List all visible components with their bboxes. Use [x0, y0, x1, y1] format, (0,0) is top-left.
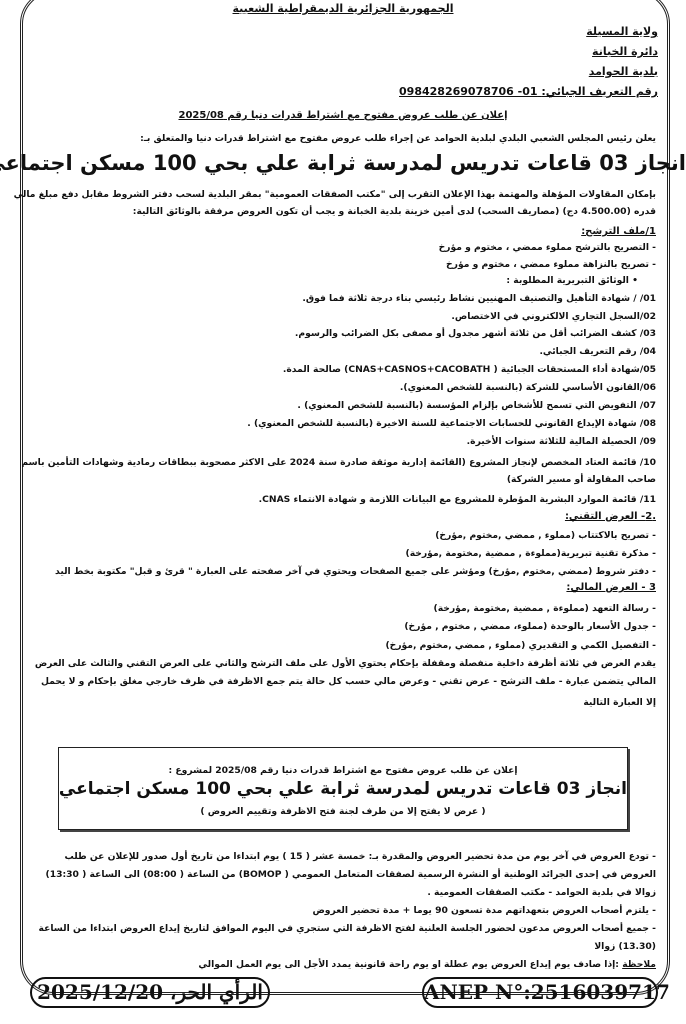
deposit-line-1: - تودع العروض في آخر يوم من مدة تحضير ال… [65, 851, 656, 862]
commune-label: بلدية الحوامد [589, 65, 658, 78]
note-label: ملاحظة [622, 959, 656, 970]
list-item: - تصريح بالاكتتاب (مملوء , ممضي ,مختوم ,… [435, 530, 656, 541]
envelope-instructions-line-2: المالي يتضمن عبارة - ملف الترشح - عرض تق… [41, 676, 656, 687]
envelope-instructions-line-1: يقدم العرض في ثلاثة أظرفة داخلية منفصلة … [35, 658, 656, 669]
envelope-box-note: ( عرض لا يفتح إلا من طرف لجنة فتح الاظرف… [59, 806, 627, 817]
deposit-line-3: زوالا في بلدية الحوامد - مكتب الصفقات ال… [427, 887, 656, 898]
notice-title: إعلان عن طلب عروض مفتوح مع اشتراط قدرات … [0, 110, 686, 121]
fiscal-id-value: 098428269078706 -01 [399, 85, 538, 98]
fiscal-id-label: رقم التعريف الجبائي: [541, 85, 658, 98]
envelope-instructions-line-3: إلا العبارة التالية [583, 697, 656, 708]
list-item: - مذكرة تقنية تبريرية(مملوءة , ممضية ,مخ… [406, 548, 657, 559]
intro-text: يعلن رئيس المجلس الشعبي البلدي لبلدية ال… [140, 133, 656, 144]
anep-number-badge: ANEP N°:2516039717 [422, 977, 658, 1008]
list-item: 03/ كشف الضرائب أقل من ثلاثة أشهر مجدول … [295, 328, 656, 339]
list-item: 05/شهادة أداء المستحقات الجبائية ( CNAS+… [283, 364, 656, 375]
list-item: 04/ رقم التعريف الجبائي. [539, 346, 656, 357]
fiscal-id: رقم التعريف الجبائي: 098428269078706 -01 [399, 85, 658, 98]
list-item: 06/القانون الأساسي للشركة (بالنسبة للشخص… [400, 382, 656, 393]
section2-title: .2- العرض التقني: [565, 511, 656, 522]
list-item: 01/ / شهادة التأهيل والتصنيف المهنيين نش… [302, 293, 656, 304]
envelope-label-box: إعلان عن طلب عروض مفتوح مع اشتراط قدرات … [58, 747, 628, 830]
list-item: - رسالة التعهد (مملوءة , ممضية ,مختومة ,… [434, 603, 657, 614]
note: ملاحظة :إذا صادف يوم إيداع العروض يوم عط… [198, 959, 656, 970]
list-item-11: 11/ قائمة الموارد البشرية المؤطرة للمشرو… [259, 494, 656, 505]
invitation-line-1: بإمكان المقاولات المؤهلة والمهتمة بهذا ا… [14, 189, 656, 200]
deposit-line-2: العروض في إحدى الجرائد الوطنية أو النشرة… [45, 869, 656, 880]
section3-title: 3 - العرض المالي: [566, 582, 656, 593]
section1-title: 1/ملف الترشح: [581, 226, 656, 237]
envelope-box-title: انجاز 03 قاعات تدريس لمدرسة ثرابة علي بح… [59, 779, 627, 799]
list-item: • الوثائق التبريرية المطلوبة : [506, 275, 638, 286]
invitation-line-2: قدره (4.500.00 دج) (مصاريف السحب) لدى أم… [133, 206, 656, 217]
list-item: 02/السجل التجاري الالكتروني في الاختصاص. [451, 311, 656, 322]
list-item: 09/ الحصيلة المالية للثلاثة سنوات الأخير… [467, 436, 656, 447]
list-item-10-line-1: 10/ قائمة العتاد المخصص لإنجاز المشروع (… [21, 457, 656, 468]
list-item: - التصريح بالترشح مملوء ممضي ، مختوم و م… [439, 242, 656, 253]
list-item: 08/ شهادة الإيداع القانوني للحسابات الاج… [247, 418, 656, 429]
note-text: :إذا صادف يوم إيداع العروض يوم عطلة او ي… [198, 959, 622, 970]
daira-label: دائرة الخبانة [592, 45, 658, 58]
list-item: - التفصيل الكمي و التقديري (مملوء , ممضي… [385, 640, 656, 651]
list-item: - جدول الأسعار بالوحدة (مملوء، ممضي , مخ… [404, 621, 656, 632]
opening-line-1: - جميع أصحاب العروض مدعون لحضور الجلسة ا… [39, 923, 657, 934]
list-item-10-line-2: صاحب المقاولة أو مسير الشركة) [507, 474, 656, 485]
validity-text: - يلتزم أصحاب العروض بتعهداتهم مدة تسعون… [312, 905, 656, 916]
list-item: 07/ التفويض التي تسمح للأشخاص بإلزام الم… [297, 400, 656, 411]
list-item: - دفتر شروط (ممضي ,مختوم ,مؤرخ) ومؤشر عل… [55, 566, 656, 577]
project-title: انجاز 03 قاعات تدريس لمدرسة ثرابة علي بح… [0, 151, 686, 175]
opening-line-2: (13.30) زوالا [594, 941, 656, 952]
wilaya-label: ولاية المسيلة [586, 25, 658, 38]
list-item: - تصريح بالنزاهة مملوء ممضي ، مختوم و مؤ… [446, 259, 656, 270]
newspaper-date-badge: الرأي الحر، 2025/12/20 [30, 977, 270, 1008]
republic-header: الجمهورية الجزائرية الديمقراطية الشعبية [0, 2, 686, 15]
envelope-box-line-1: إعلان عن طلب عروض مفتوح مع اشتراط قدرات … [59, 765, 627, 776]
